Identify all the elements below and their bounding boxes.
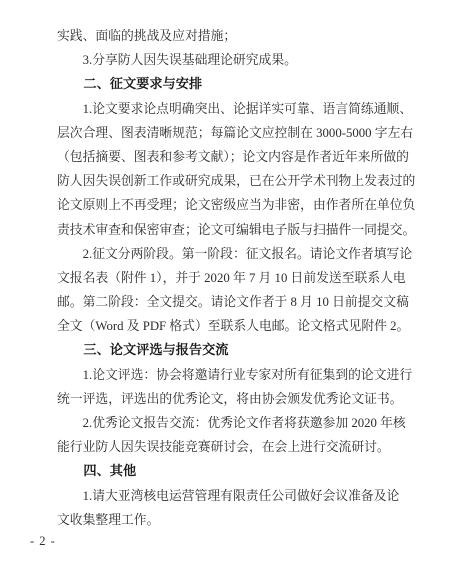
doc-line: 论文原则上不再受理；论文密级应当为非密，由作者所在单位负 xyxy=(57,193,399,217)
section-heading-4: 四、其他 xyxy=(57,459,399,483)
document-body: 实践、面临的挑战及应对措施； 3.分享防人因失误基础理论研究成果。 二、征文要求… xyxy=(57,24,399,532)
doc-line: 文收集整理工作。 xyxy=(57,508,399,532)
doc-line: 统一评选，评选出的优秀论文，将由协会颁发优秀论文证书。 xyxy=(57,387,399,411)
doc-line: 防人因失误创新工作或研究成果，已在公开学术刊物上发表过的 xyxy=(57,169,399,193)
doc-line: 全文（Word 及 PDF 格式）至联系人电邮。论文格式见附件 2。 xyxy=(57,314,399,338)
doc-line: 邮。第二阶段：全文提交。请论文作者于 8 月 10 日前提交文稿 xyxy=(57,290,399,314)
document-page: 实践、面临的挑战及应对措施； 3.分享防人因失误基础理论研究成果。 二、征文要求… xyxy=(0,0,452,586)
doc-line: 2.优秀论文报告交流：优秀论文作者将获邀参加 2020 年核 xyxy=(57,411,399,435)
section-heading-3: 三、论文评选与报告交流 xyxy=(57,338,399,362)
doc-line: 责技术审查和保密审查；论文可编辑电子版与扫描件一同提交。 xyxy=(57,218,399,242)
doc-line: 2.征文分两阶段。第一阶段：征文报名。请论文作者填写论 xyxy=(57,242,399,266)
doc-line: 实践、面临的挑战及应对措施； xyxy=(57,24,399,48)
doc-line: 1.请大亚湾核电运营管理有限责任公司做好会议准备及论 xyxy=(57,484,399,508)
doc-line: 能行业防人因失误技能竞赛研讨会，在会上进行交流研讨。 xyxy=(57,435,399,459)
page-number: - 2 - xyxy=(30,531,56,551)
doc-line: 3.分享防人因失误基础理论研究成果。 xyxy=(57,48,399,72)
doc-line: 1.论文要求论点明确突出、论据详实可靠、语言简练通顺、 xyxy=(57,97,399,121)
doc-line: （包括摘要、图表和参考文献）；论文内容是作者近年来所做的 xyxy=(57,145,399,169)
doc-line: 1.论文评选：协会将邀请行业专家对所有征集到的论文进行 xyxy=(57,363,399,387)
doc-line: 层次合理、图表清晰规范；每篇论文应控制在 3000-5000 字左右 xyxy=(57,121,399,145)
section-heading-2: 二、征文要求与安排 xyxy=(57,72,399,96)
doc-line: 文报名表（附件 1），并于 2020 年 7 月 10 日前发送至联系人电 xyxy=(57,266,399,290)
